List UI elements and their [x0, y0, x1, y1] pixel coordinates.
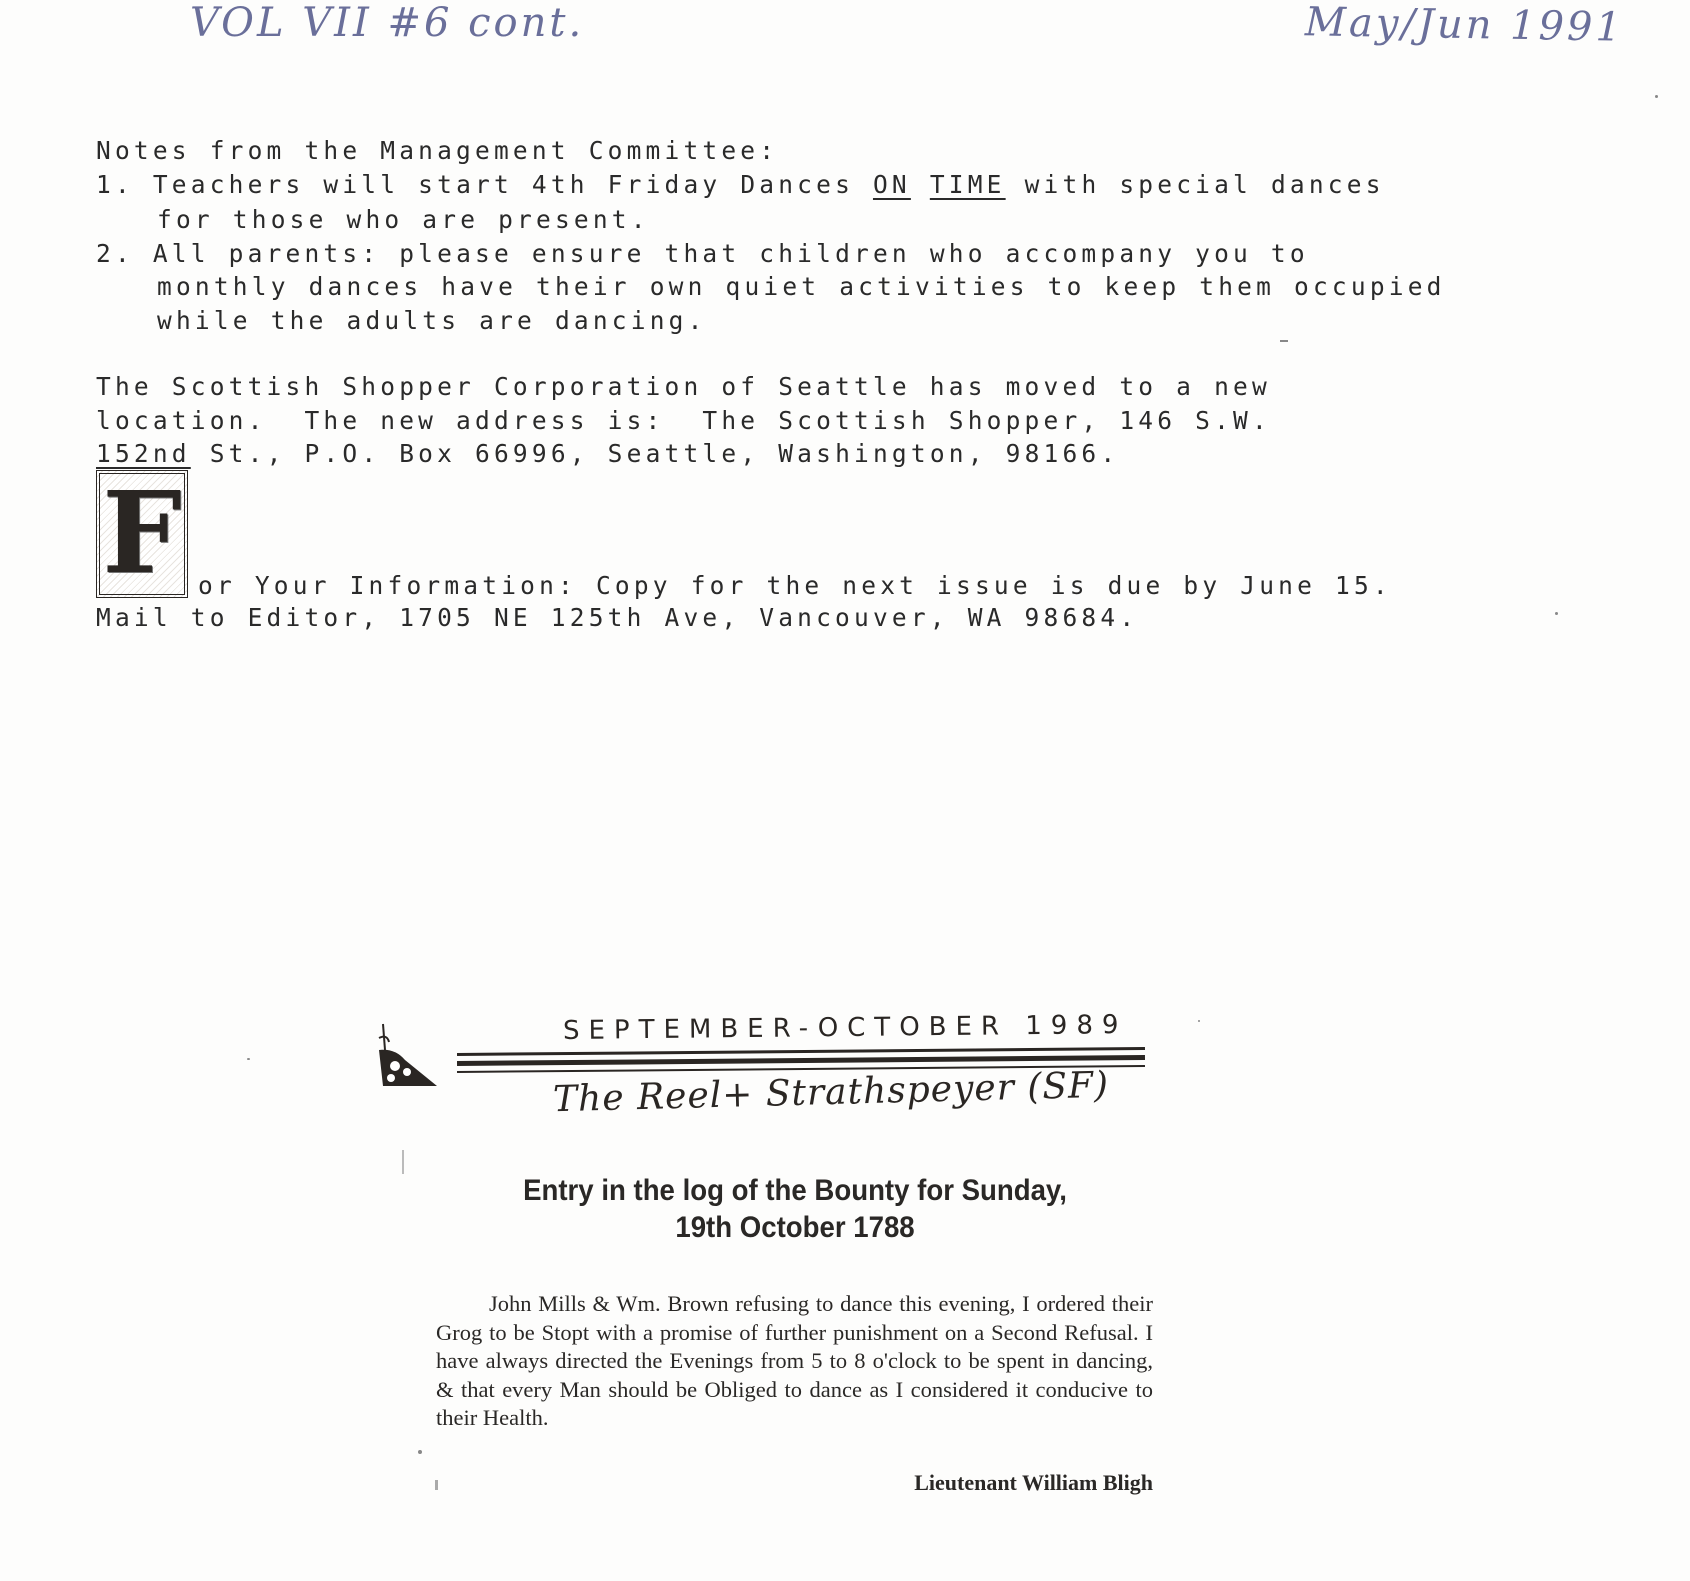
entry-title-line-1: Entry in the log of the Bounty for Sunda…: [427, 1172, 1163, 1209]
note-item-2: 2. All parents: please ensure that child…: [96, 239, 1309, 268]
header-rule: [457, 1047, 1145, 1056]
note-item-2-line2: monthly dances have their own quiet acti…: [157, 272, 1446, 301]
note-item-1-text: Teachers will start 4th Friday Dances: [153, 170, 873, 199]
note-item-2-line3: while the adults are dancing.: [157, 306, 707, 335]
scan-speck: [247, 1058, 250, 1060]
scan-speck: [1198, 1020, 1200, 1022]
note-item-2-number: 2.: [96, 239, 134, 268]
clipping-issue-date: SEPTEMBER-OCTOBER 1989: [563, 1010, 1128, 1046]
fyi-line-2: Mail to Editor, 1705 NE 125th Ave, Vanco…: [96, 603, 1138, 632]
shopper-address-rest: St., P.O. Box 66996, Seattle, Washington…: [191, 439, 1120, 468]
note-item-1-text-after: with special dances: [1006, 170, 1385, 199]
handwritten-date-note: May/Jun 1991: [1305, 0, 1625, 51]
shopper-line-2: location. The new address is: The Scotti…: [96, 406, 1271, 435]
note-item-1-continuation: for those who are present.: [157, 205, 650, 234]
ship-sail-icon: [375, 1020, 445, 1092]
scan-speck: [418, 1450, 422, 1454]
emphasis-time: TIME: [930, 170, 1006, 199]
initial-letter: F: [102, 478, 182, 590]
note-item-1-number: 1.: [96, 170, 134, 199]
entry-body: John Mills & Wm. Brown refusing to dance…: [436, 1290, 1153, 1433]
decorative-initial-f: F: [96, 470, 188, 598]
scan-speck: [435, 1480, 438, 1490]
note-item-1: 1. Teachers will start 4th Friday Dances…: [96, 170, 1385, 199]
scan-speck: [1655, 95, 1658, 98]
scan-speck: [1280, 340, 1288, 342]
entry-title: Entry in the log of the Bounty for Sunda…: [427, 1172, 1163, 1246]
emphasis-on: ON: [873, 170, 911, 199]
handwritten-volume-note: VOL VII #6 cont.: [190, 0, 584, 46]
management-notes-heading: Notes from the Management Committee:: [96, 136, 778, 165]
shopper-line-3: 152nd St., P.O. Box 66996, Seattle, Wash…: [96, 439, 1119, 468]
signature: Lieutenant William Bligh: [780, 1470, 1153, 1496]
handwritten-source-note: The Reel+ Strathspeyer (SF): [553, 1065, 1110, 1121]
note-item-2-line1: All parents: please ensure that children…: [153, 239, 1309, 268]
header-rule: [457, 1055, 1145, 1066]
entry-title-line-2: 19th October 1788: [427, 1209, 1163, 1246]
shopper-line-1: The Scottish Shopper Corporation of Seat…: [96, 372, 1271, 401]
fyi-line-1: or Your Information: Copy for the next i…: [198, 571, 1392, 600]
scan-speck: [402, 1150, 404, 1174]
scan-speck: [1555, 612, 1558, 615]
shopper-street-underlined: 152nd: [96, 439, 191, 468]
